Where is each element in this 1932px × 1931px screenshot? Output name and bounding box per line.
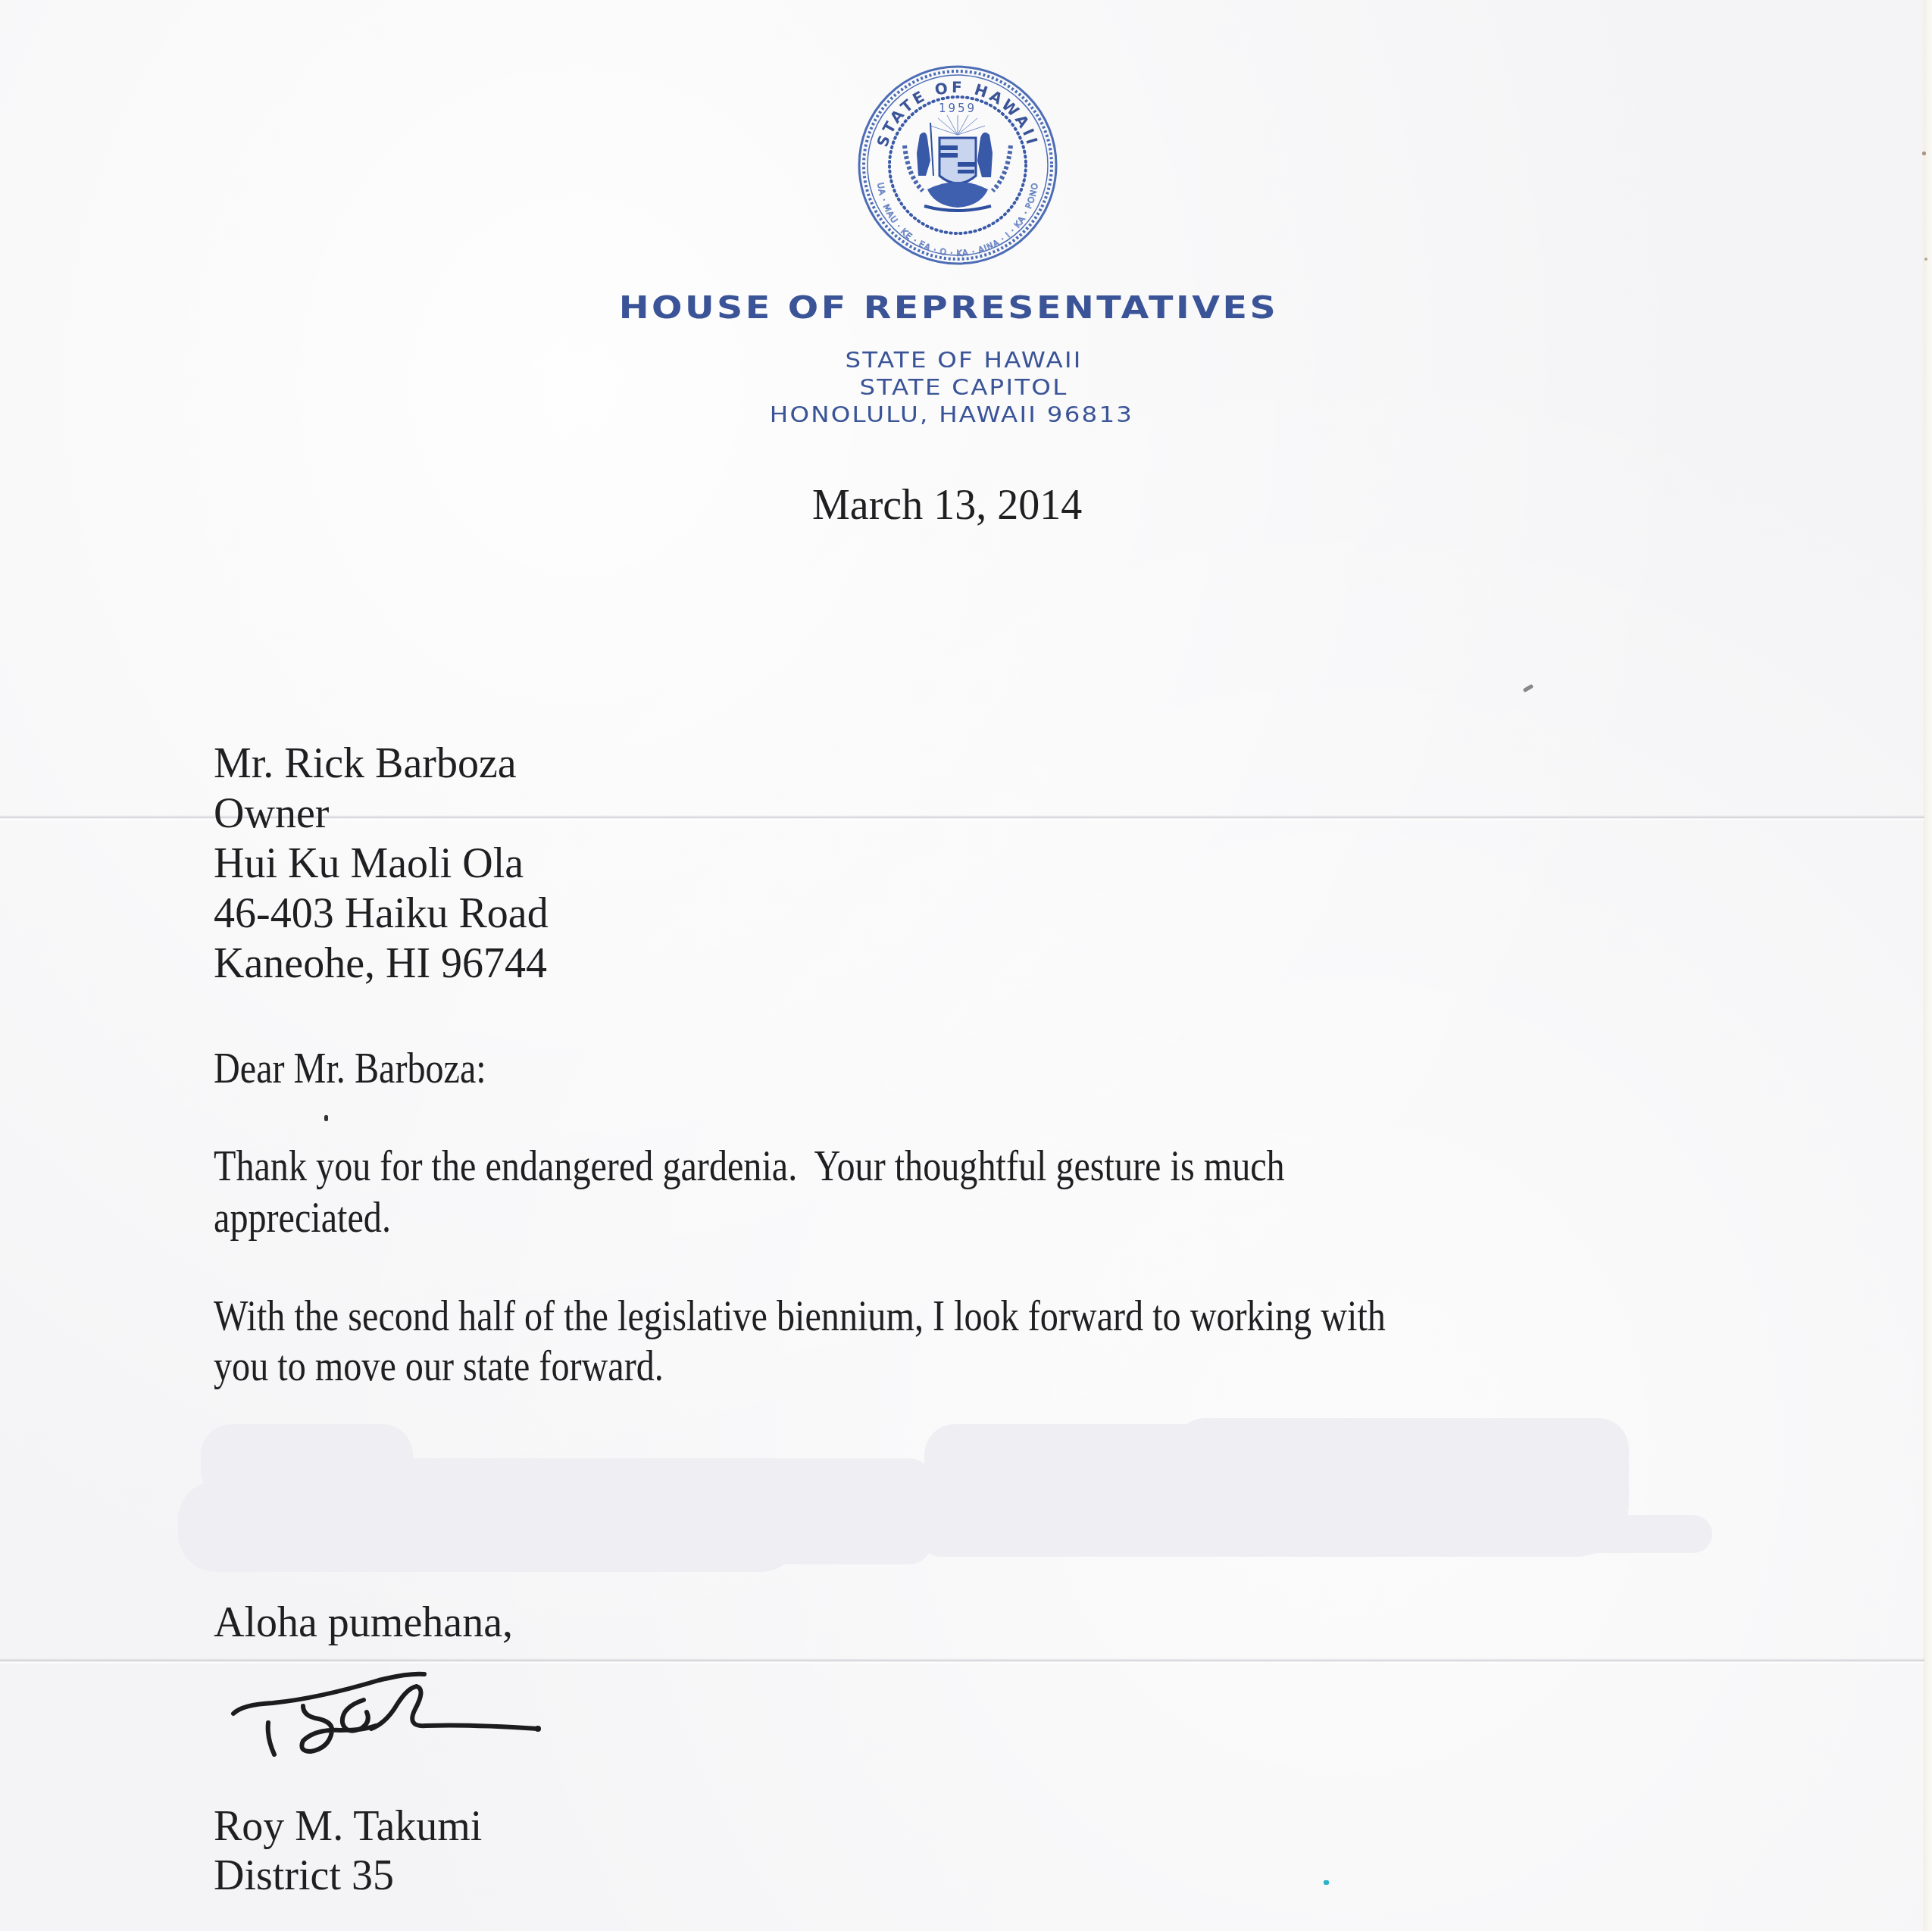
stray-mark bbox=[1922, 152, 1926, 155]
redacted-area bbox=[250, 1458, 932, 1564]
recipient-name: Mr. Rick Barboza bbox=[214, 742, 517, 785]
stray-mark bbox=[1324, 1880, 1329, 1885]
handwritten-signature-icon bbox=[227, 1659, 546, 1758]
body-paragraph-line: Thank you for the endangered gardenia. Y… bbox=[214, 1145, 1285, 1188]
recipient-organization: Hui Ku Maoli Ola bbox=[214, 842, 524, 885]
state-seal-icon: STATE OF HAWAII UA · MAU · KE · EA · O ·… bbox=[855, 62, 1061, 268]
letterhead-address-line: HONOLULU, HAWAII 96813 bbox=[0, 402, 1932, 427]
redacted-area bbox=[1008, 1515, 1712, 1553]
body-paragraph-line: appreciated. bbox=[214, 1197, 391, 1239]
recipient-city: Kaneohe, HI 96744 bbox=[214, 942, 547, 985]
redacted-area bbox=[1174, 1418, 1629, 1479]
signer-district: District 35 bbox=[214, 1854, 394, 1897]
letterhead-address-line: STATE OF HAWAII bbox=[0, 347, 1932, 373]
body-paragraph-line: With the second half of the legislative … bbox=[214, 1295, 1386, 1338]
stray-mark bbox=[1924, 258, 1927, 261]
recipient-title: Owner bbox=[214, 792, 329, 835]
recipient-street: 46-403 Haiku Road bbox=[214, 892, 549, 935]
svg-text:1959: 1959 bbox=[939, 102, 977, 115]
letterhead-title: HOUSE OF REPRESENTATIVES bbox=[0, 289, 1932, 326]
letterhead-address-line: STATE CAPITOL bbox=[0, 374, 1932, 400]
body-paragraph-line: you to move our state forward. bbox=[214, 1345, 664, 1388]
salutation: Dear Mr. Barboza: bbox=[214, 1048, 486, 1090]
stray-mark bbox=[324, 1115, 328, 1121]
closing: Aloha pumehana, bbox=[214, 1601, 513, 1644]
signer-name: Roy M. Takumi bbox=[214, 1805, 482, 1848]
letter-date: March 13, 2014 bbox=[812, 484, 1082, 526]
